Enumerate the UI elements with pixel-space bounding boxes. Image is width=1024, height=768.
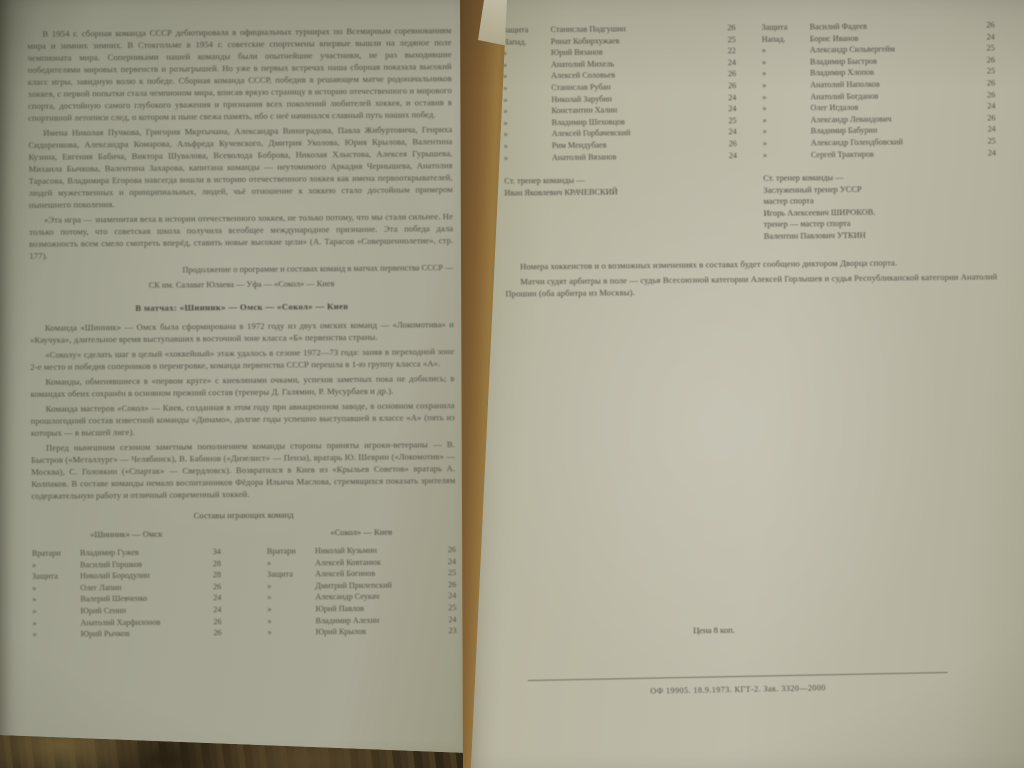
player-role: » xyxy=(762,45,810,57)
player-role: » xyxy=(763,149,811,161)
paragraph: Номера хоккеистов и о возможных изменени… xyxy=(505,256,997,273)
player-age: 26 xyxy=(977,19,995,31)
player-role: » xyxy=(763,114,811,126)
roster-omsk: «Шинник» — Омск Вратари Владимир Гужев 3… xyxy=(32,528,222,640)
player-role: » xyxy=(503,94,551,106)
player-age: 25 xyxy=(438,602,456,614)
player-role: » xyxy=(267,603,315,615)
paragraph: Перед нынешним сезоном заметным пополнен… xyxy=(31,438,456,502)
coach-line: Иван Яковлевич КРАЧЕВСКИЙ xyxy=(504,185,737,199)
price-label: Цена 8 коп. xyxy=(504,623,924,637)
paragraph: Команды, обменявшиеся в «первом круге» с… xyxy=(30,372,454,400)
paragraph: В 1954 г. сборная команда СССР дебютиров… xyxy=(27,24,452,124)
rosters-heading: Составы играющих команд xyxy=(32,508,456,522)
player-role: » xyxy=(503,70,551,82)
player-name: Сергей Трактиров xyxy=(811,147,978,160)
player-age: 25 xyxy=(718,34,736,46)
paragraph: «Соколу» сделать шаг в целый «хоккейный»… xyxy=(30,345,454,373)
paragraph: Имена Николая Пучкова, Григория Мкртычан… xyxy=(28,123,453,211)
player-age: 24 xyxy=(203,604,221,616)
player-role: » xyxy=(762,103,810,115)
player-role: » xyxy=(32,617,80,629)
imprint-divider xyxy=(528,672,948,681)
coach-line: Валентин Павлович УТКИН xyxy=(764,228,997,242)
player-role: » xyxy=(504,140,552,152)
player-role: » xyxy=(504,152,552,164)
player-role: Напад. xyxy=(762,33,810,45)
player-role: » xyxy=(268,627,316,639)
player-age: 25 xyxy=(438,567,456,579)
announcement-notes: Номера хоккеистов и о возможных изменени… xyxy=(505,256,997,300)
roster-row: » Юрий Крылов 23 xyxy=(268,625,457,638)
player-age: 26 xyxy=(977,54,995,66)
print-imprint: ОФ 19905. 18.9.1973. КГТ-2. Зак. 3320—20… xyxy=(528,681,948,698)
player-age: 26 xyxy=(438,579,456,591)
coach-block-omsk: Ст. тренер команды —Иван Яковлевич КРАЧЕ… xyxy=(504,173,737,198)
player-age: 24 xyxy=(718,57,736,69)
player-role: » xyxy=(32,582,80,594)
player-role: » xyxy=(32,559,80,571)
player-role: » xyxy=(762,56,810,68)
player-age: 26 xyxy=(203,616,221,628)
player-role: » xyxy=(32,605,80,617)
roster-row: » Сергей Трактиров 24 xyxy=(763,147,996,161)
player-role: » xyxy=(504,128,552,140)
player-age: 24 xyxy=(977,31,995,43)
booklet-right-page: Защита Станислав Подгушин 26 Напад. Рина… xyxy=(458,0,1024,768)
player-role: » xyxy=(763,137,811,149)
player-age: 26 xyxy=(977,89,995,101)
player-role: » xyxy=(762,68,810,80)
roster-continuation-omsk: Защита Станислав Подгушин 26 Напад. Рина… xyxy=(503,22,738,245)
roster-title: «Сокол» — Киев xyxy=(267,526,456,538)
player-age: 34 xyxy=(203,546,221,558)
player-age: 24 xyxy=(719,150,737,162)
player-age: 24 xyxy=(718,92,736,104)
player-role: Защита xyxy=(503,24,551,36)
player-age: 26 xyxy=(718,22,736,34)
player-age: 24 xyxy=(438,591,456,603)
roster-kiev: «Сокол» — Киев Вратари Николай Кузьмин 2… xyxy=(267,526,457,638)
player-role: Напад. xyxy=(503,36,551,48)
player-age: 26 xyxy=(977,77,995,89)
player-age: 24 xyxy=(718,103,736,115)
match-heading: В матчах: «Шинник» — Омск — «Сокол» — Ки… xyxy=(30,300,454,314)
player-role: » xyxy=(267,557,315,569)
player-role: » xyxy=(762,91,810,103)
player-age: 26 xyxy=(718,69,736,81)
paragraph: «Эта игра — знаменитая веха в истории от… xyxy=(29,210,453,262)
player-role: » xyxy=(763,126,811,138)
player-age: 26 xyxy=(203,581,221,593)
player-role: » xyxy=(503,105,551,117)
player-age: 25 xyxy=(719,115,737,127)
player-age: 24 xyxy=(438,556,456,568)
player-role: » xyxy=(503,82,551,94)
player-age: 24 xyxy=(438,614,456,626)
roster-row: » Анатолий Вязанов 24 xyxy=(504,150,737,164)
player-age: 25 xyxy=(978,135,996,147)
player-role: » xyxy=(267,615,315,627)
player-age: 26 xyxy=(438,544,456,556)
player-age: 26 xyxy=(204,627,222,639)
roster-title: «Шинник» — Омск xyxy=(32,528,221,540)
player-role: » xyxy=(33,629,81,641)
player-age: 25 xyxy=(977,43,995,55)
player-age: 24 xyxy=(977,101,995,113)
player-role: » xyxy=(267,580,315,592)
player-age: 24 xyxy=(978,124,996,136)
player-age: 24 xyxy=(978,147,996,159)
player-role: » xyxy=(267,592,315,604)
player-role: » xyxy=(32,594,80,606)
roster-continuation-kiev: Защита Василий Фадеев 26 Напад. Борис Ив… xyxy=(762,19,997,242)
player-age: 24 xyxy=(203,593,221,605)
player-role: » xyxy=(762,79,810,91)
player-role: » xyxy=(503,47,551,59)
player-age: 26 xyxy=(718,80,736,92)
history-paragraphs: В 1954 г. сборная команда СССР дебютиров… xyxy=(27,24,453,262)
player-age: 23 xyxy=(439,625,457,637)
team-description-paragraphs: Команда «Шинник» — Омск была сформирован… xyxy=(30,318,456,502)
player-age: 28 xyxy=(203,558,221,570)
player-name: Юрий Рычков xyxy=(81,628,204,641)
player-name: Анатолий Вязанов xyxy=(552,150,719,163)
player-role: Вратари xyxy=(267,545,315,557)
player-name: Юрий Крылов xyxy=(316,625,439,638)
player-age: 24 xyxy=(719,126,737,138)
player-age: 22 xyxy=(718,45,736,57)
player-age: 25 xyxy=(977,66,995,78)
player-role: Вратари xyxy=(32,547,80,559)
player-age: 28 xyxy=(203,569,221,581)
player-role: Защита xyxy=(32,571,80,583)
lead-line: Продолжение о программе и составах коман… xyxy=(29,262,453,277)
paragraph: Команда «Шинник» — Омск была сформирован… xyxy=(30,318,454,346)
player-role: Защита xyxy=(762,21,810,33)
paragraph: Команда мастеров «Сокол» — Киев, созданн… xyxy=(31,399,455,439)
booklet-left-page: В 1954 г. сборная команда СССР дебютиров… xyxy=(0,0,466,768)
lead-line: СК им. Салават Юлаева — Уфа — «Сокол» — … xyxy=(30,277,454,292)
roster-row: » Юрий Рычков 26 xyxy=(33,627,222,640)
player-role: » xyxy=(504,117,552,129)
paragraph: Матчи судят арбитры в поле — судья Всесо… xyxy=(505,271,997,300)
player-role: » xyxy=(503,59,551,71)
coach-block-kiev: Ст. тренер команды —Заслуженный тренер У… xyxy=(763,171,997,242)
player-age: 26 xyxy=(719,138,737,150)
player-age: 26 xyxy=(978,112,996,124)
player-role: Защита xyxy=(267,569,315,581)
